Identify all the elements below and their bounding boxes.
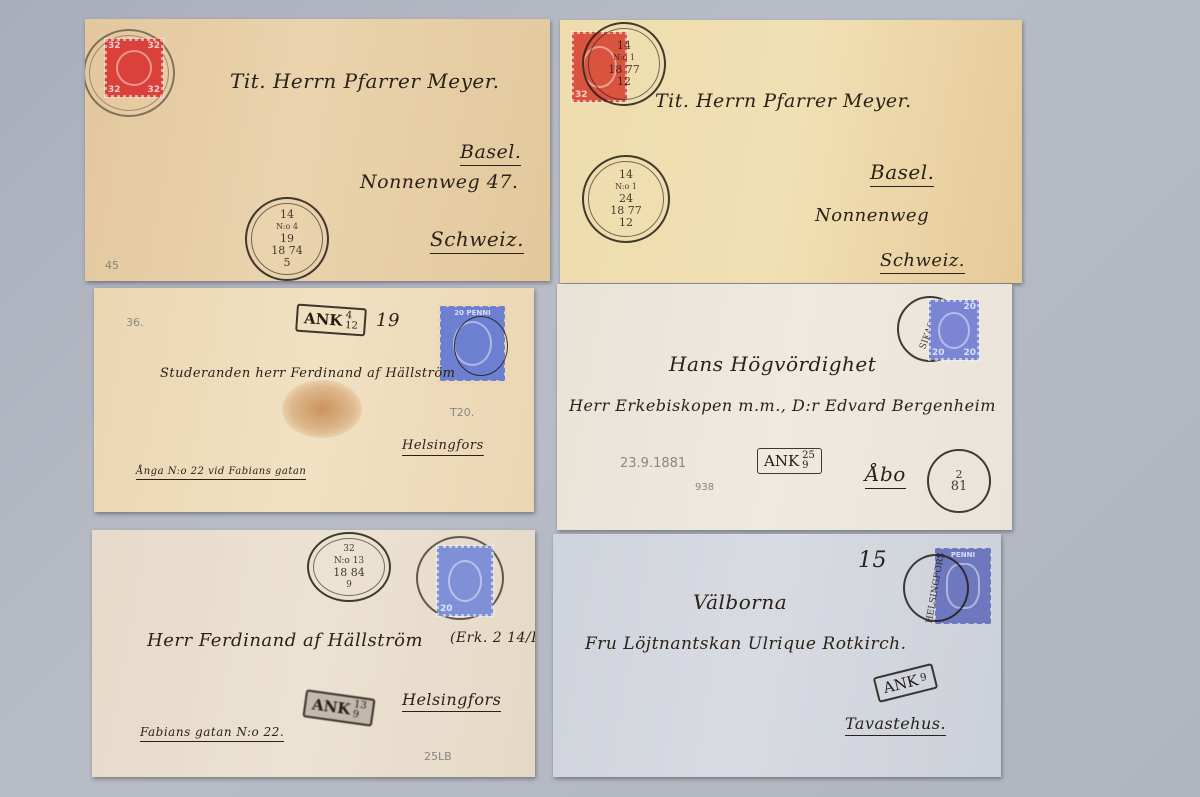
pencil-note: 45	[105, 259, 119, 272]
coat-of-arms-icon	[448, 560, 483, 603]
address-line-1: Tit. Herrn Pfarrer Meyer.	[230, 69, 499, 93]
postmark-sikasko-bottom: 2 81	[927, 449, 991, 513]
envelope-bottom-left: 32 N:o 13 18 84 9 20 Herr Ferdinand af H…	[92, 530, 535, 777]
coat-of-arms-icon	[938, 312, 970, 349]
address-line-1: Studeranden herr Ferdinand af Hällström	[160, 366, 456, 381]
registration-box-ank: ANK 139	[302, 689, 375, 726]
address-line-1: Hans Högvördighet	[669, 352, 876, 376]
pencil-note: 36.	[126, 316, 144, 329]
envelope-middle-right: SIKASKÖ 20 20 20 Hans Högvördighet Herr …	[557, 284, 1012, 530]
envelope-bottom-right: 15 PENNI HELSINGFORS Välborna Fru Löjtna…	[553, 534, 1001, 777]
registration-box-ank: ANK 412	[295, 304, 367, 337]
postmark-jernvagens: 14 N:o 4 19 18 74 5	[245, 197, 329, 281]
pencil-note: 25LB	[424, 750, 452, 763]
address-line-4: Schweiz.	[430, 227, 524, 254]
envelope-middle-left: 36. ANK 412 19 20 PENNI Studeranden herr…	[94, 288, 534, 512]
postage-stamp-blue: 20	[437, 546, 493, 616]
address-line-1: Herr Ferdinand af Hällström	[147, 630, 423, 651]
address-line-3: Åbo	[865, 462, 906, 489]
envelope-top-left: 32 32 32 32 Tit. Herrn Pfarrer Meyer. Ba…	[85, 19, 550, 281]
address-line-2: Helsingfors	[402, 438, 484, 456]
address-line-3: Nonnenweg 47.	[360, 171, 518, 193]
address-line-3: Tavastehus.	[845, 714, 946, 736]
address-line-1: Välborna	[693, 590, 787, 614]
address-line-3: Fabians gatan N:o 22.	[140, 725, 284, 742]
envelope-top-right: 32 14 N:o 1 18 77 12 Tit. Herrn Pfarrer …	[560, 20, 1022, 283]
postmark-jernv-expedition: 32 N:o 13 18 84 9	[307, 532, 391, 602]
address-line-2: Basel.	[460, 141, 521, 166]
registration-box-ank: ANK 259	[757, 448, 822, 474]
pencil-note: T20.	[450, 406, 474, 419]
handwritten-note: 15	[858, 548, 887, 573]
address-line-3: Ånga N:o 22 vid Fabians gatan	[136, 466, 306, 480]
address-line-3: Nonnenweg	[815, 205, 929, 226]
handwritten-note: 19	[376, 310, 400, 331]
postmark-jernvagens-top: 14 N:o 1 18 77 12	[582, 22, 666, 106]
postage-stamp-blue: 20 20 20	[929, 300, 979, 360]
postmark-jernvagens-bottom: 14 N:o 1 24 18 77 12	[582, 155, 670, 243]
postage-stamp-red: 32 32 32 32	[105, 39, 163, 97]
coat-of-arms-icon	[116, 50, 152, 86]
postmark-helsingfors: HELSINGFORS	[903, 554, 969, 622]
address-line-1: Tit. Herrn Pfarrer Meyer.	[655, 90, 912, 112]
pencil-note: 938	[695, 482, 714, 493]
registration-box-ank: ANK 9	[873, 663, 938, 703]
stain	[282, 380, 362, 438]
address-line-4: Schweiz.	[880, 250, 965, 274]
address-line-2: Herr Erkebiskopen m.m., D:r Edvard Berge…	[569, 396, 996, 415]
address-line-2: Fru Löjtnantskan Ulrique Rotkirch.	[585, 634, 907, 654]
address-note: (Erk. 2 14/IX 84)	[450, 630, 535, 646]
pencil-date: 23.9.1881	[620, 456, 686, 471]
address-line-2: Helsingfors	[402, 690, 501, 712]
postmark-cancel	[454, 316, 508, 376]
address-line-2: Basel.	[870, 160, 934, 187]
